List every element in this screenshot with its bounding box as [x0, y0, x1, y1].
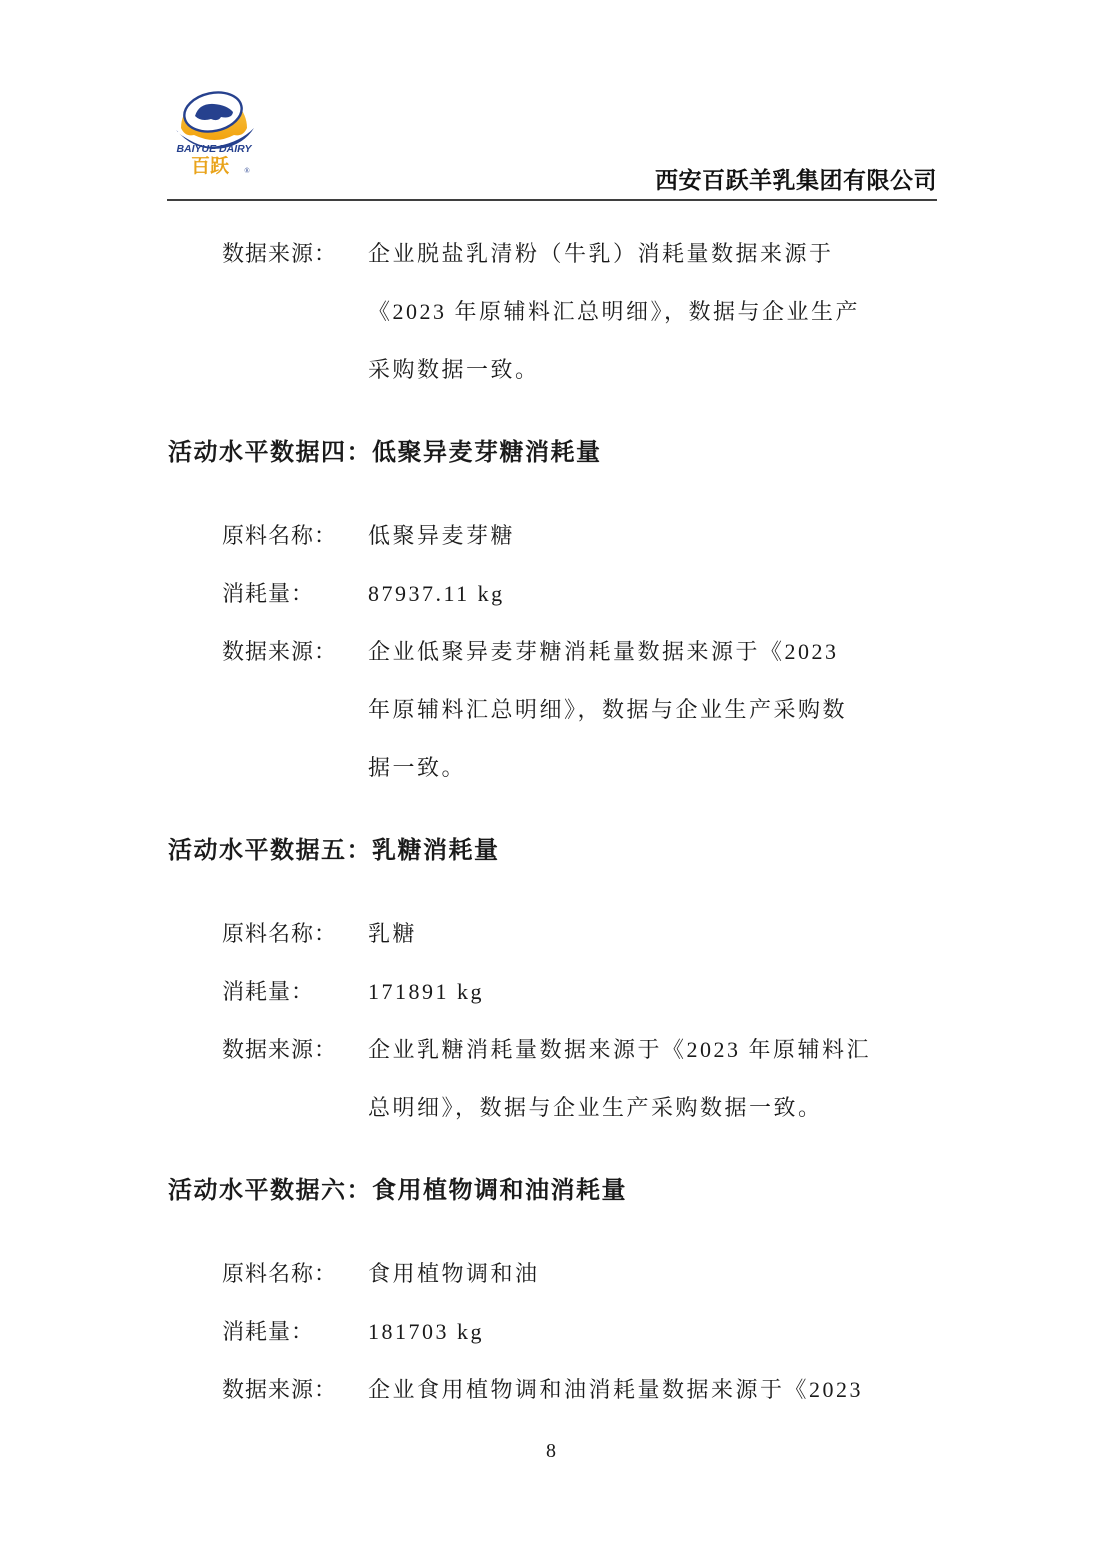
material-name-value: 食用植物调和油: [368, 1245, 1102, 1303]
intro-data-source-row: 数据来源： 企业脱盐乳清粉（牛乳）消耗量数据来源于 《2023 年原辅料汇总明细…: [0, 225, 1102, 399]
consumption-value: 87937.11 kg: [368, 565, 1102, 623]
sun-goat-icon: [176, 87, 254, 149]
data-source-row: 数据来源： 企业乳糖消耗量数据来源于《2023 年原辅料汇 总明细》，数据与企业…: [0, 1021, 1102, 1137]
section-activity-data-5: 原料名称： 乳糖 消耗量： 171891 kg 数据来源： 企业乳糖消耗量数据来…: [0, 905, 1102, 1137]
field-label: 消耗量：: [222, 1303, 368, 1361]
text-line: 企业食用植物调和油消耗量数据来源于《2023: [368, 1361, 1102, 1419]
trademark-icon: ®: [244, 167, 250, 175]
material-name-row: 原料名称： 低聚异麦芽糖: [0, 507, 1102, 565]
section-activity-data-6: 原料名称： 食用植物调和油 消耗量： 181703 kg 数据来源： 企业食用植…: [0, 1245, 1102, 1419]
text-line: 企业脱盐乳清粉（牛乳）消耗量数据来源于: [368, 225, 1102, 283]
header-rule: [167, 199, 937, 201]
field-label: 原料名称：: [222, 1245, 368, 1303]
section-heading-activity-data-4: 活动水平数据四：低聚异麦芽糖消耗量: [0, 424, 1102, 482]
material-name-value: 乳糖: [368, 905, 1102, 963]
field-label: 数据来源：: [222, 623, 368, 797]
document-page: BAIYUE DAIRY 百跃 ® 西安百跃羊乳集团有限公司 数据来源： 企业脱…: [0, 0, 1102, 1559]
company-name: 西安百跃羊乳集团有限公司: [655, 162, 937, 195]
material-name-value: 低聚异麦芽糖: [368, 507, 1102, 565]
field-label: 消耗量：: [222, 963, 368, 1021]
logo-brand-en: BAIYUE DAIRY: [176, 143, 252, 155]
material-name-row: 原料名称： 食用植物调和油: [0, 1245, 1102, 1303]
material-name-row: 原料名称： 乳糖: [0, 905, 1102, 963]
consumption-value: 171891 kg: [368, 963, 1102, 1021]
page-number: 8: [0, 1435, 1102, 1467]
data-source-row: 数据来源： 企业食用植物调和油消耗量数据来源于《2023: [0, 1361, 1102, 1419]
consumption-row: 消耗量： 181703 kg: [0, 1303, 1102, 1361]
field-label: 数据来源：: [222, 1361, 368, 1419]
text-line: 企业低聚异麦芽糖消耗量数据来源于《2023: [368, 623, 1102, 681]
data-source-row: 数据来源： 企业低聚异麦芽糖消耗量数据来源于《2023 年原辅料汇总明细》，数据…: [0, 623, 1102, 797]
text-line: 《2023 年原辅料汇总明细》，数据与企业生产: [368, 283, 1102, 341]
logo-brand-zh: 百跃: [191, 155, 229, 177]
text-line: 总明细》，数据与企业生产采购数据一致。: [368, 1079, 1102, 1137]
consumption-row: 消耗量： 171891 kg: [0, 963, 1102, 1021]
field-label: 数据来源：: [222, 1021, 368, 1137]
field-label: 数据来源：: [222, 225, 368, 399]
field-label: 原料名称：: [222, 905, 368, 963]
section-heading-activity-data-5: 活动水平数据五：乳糖消耗量: [0, 822, 1102, 880]
field-label: 原料名称：: [222, 507, 368, 565]
consumption-row: 消耗量： 87937.11 kg: [0, 565, 1102, 623]
section-heading-activity-data-6: 活动水平数据六：食用植物调和油消耗量: [0, 1162, 1102, 1220]
field-value: 企业脱盐乳清粉（牛乳）消耗量数据来源于 《2023 年原辅料汇总明细》，数据与企…: [368, 225, 1102, 399]
text-line: 据一致。: [368, 739, 1102, 797]
text-line: 年原辅料汇总明细》，数据与企业生产采购数: [368, 681, 1102, 739]
text-line: 企业乳糖消耗量数据来源于《2023 年原辅料汇: [368, 1021, 1102, 1079]
consumption-value: 181703 kg: [368, 1303, 1102, 1361]
text-line: 采购数据一致。: [368, 341, 1102, 399]
document-body: 数据来源： 企业脱盐乳清粉（牛乳）消耗量数据来源于 《2023 年原辅料汇总明细…: [0, 225, 1102, 1419]
section-activity-data-4: 原料名称： 低聚异麦芽糖 消耗量： 87937.11 kg 数据来源： 企业低聚…: [0, 507, 1102, 797]
field-label: 消耗量：: [222, 565, 368, 623]
baiyue-dairy-logo: BAIYUE DAIRY 百跃 ®: [168, 78, 260, 178]
